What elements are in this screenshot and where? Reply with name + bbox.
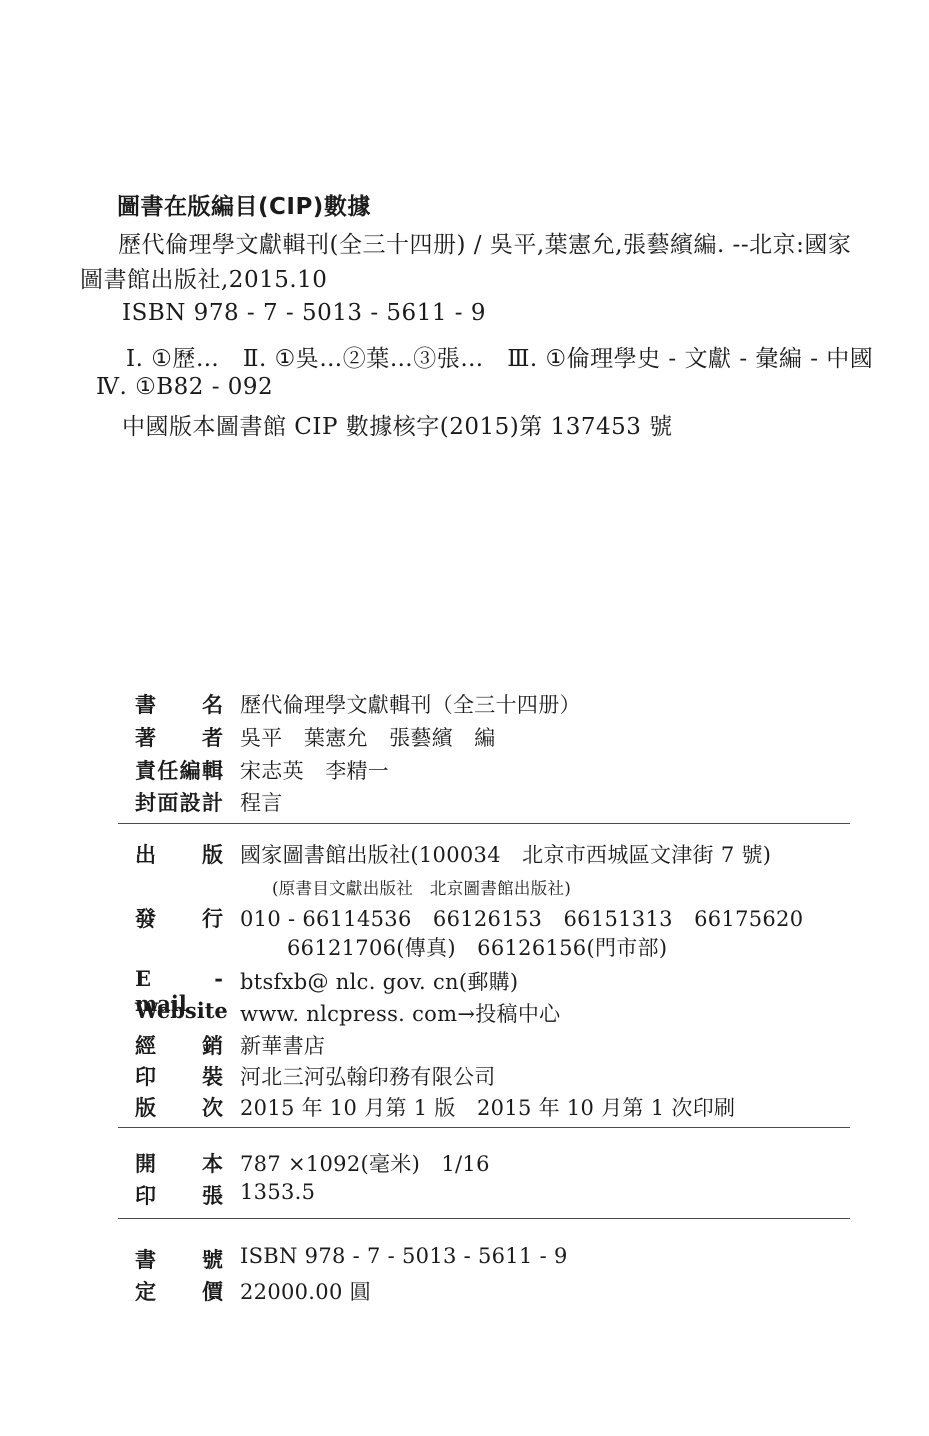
format-value: 787 ×1092(毫米) 1/16 bbox=[240, 1148, 490, 1178]
sheets-label: 印張 bbox=[135, 1180, 223, 1210]
cip-isbn: ISBN 978 - 7 - 5013 - 5611 - 9 bbox=[122, 300, 486, 326]
distribution-label: 發行 bbox=[135, 903, 223, 933]
distribution-phones: 010 - 66114536 66126153 66151313 6617562… bbox=[240, 903, 803, 933]
cip-heading: 圖書在版編目(CIP)數據 bbox=[117, 188, 371, 221]
price-value: 22000.00 圓 bbox=[240, 1276, 371, 1306]
sales-label: 經銷 bbox=[135, 1030, 223, 1060]
title-value: 歷代倫理學文獻輯刊（全三十四册） bbox=[240, 689, 581, 719]
divider-1 bbox=[118, 823, 850, 824]
email-value: btsfxb@ nlc. gov. cn(郵購) bbox=[240, 966, 518, 996]
title-label: 書名 bbox=[135, 689, 223, 719]
publisher-label: 出版 bbox=[135, 839, 223, 869]
book-copyright-page: 圖書在版編目(CIP)數據 歷代倫理學文獻輯刊(全三十四册) / 吳平,葉憲允,… bbox=[0, 0, 929, 1436]
printing-label: 印裝 bbox=[135, 1061, 223, 1091]
cover-design-value: 程言 bbox=[240, 787, 283, 817]
cover-design-label: 封面設計 bbox=[135, 787, 223, 817]
publisher-former-names: (原書目文獻出版社 北京圖書館出版社) bbox=[272, 875, 571, 899]
cip-entry: 歷代倫理學文獻輯刊(全三十四册) / 吳平,葉憲允,張藝繽編. --北京:國家 … bbox=[80, 228, 855, 298]
publisher-value: 國家圖書館出版社(100034 北京市西城區文津街 7 號) bbox=[240, 839, 771, 869]
sales-value: 新華書店 bbox=[240, 1030, 325, 1060]
sheets-value: 1353.5 bbox=[240, 1180, 315, 1204]
cip-classification-line1: Ⅰ. ①歷… Ⅱ. ①吳…②葉…③張… Ⅲ. ①倫理學史 - 文獻 - 彙編 -… bbox=[126, 340, 873, 373]
isbn-value: ISBN 978 - 7 - 5013 - 5611 - 9 bbox=[240, 1244, 568, 1268]
cip-entry-line2: 圖書館出版社,2015.10 bbox=[80, 263, 327, 298]
website-label: Website bbox=[135, 998, 223, 1023]
divider-3 bbox=[118, 1218, 850, 1219]
edition-value: 2015 年 10 月第 1 版 2015 年 10 月第 1 次印刷 bbox=[240, 1092, 735, 1122]
divider-2 bbox=[118, 1127, 850, 1128]
authors-value: 吳平 葉憲允 張藝繽 編 bbox=[240, 722, 496, 752]
printing-value: 河北三河弘翰印務有限公司 bbox=[240, 1061, 496, 1091]
authors-label: 著者 bbox=[135, 722, 223, 752]
format-label: 開本 bbox=[135, 1148, 223, 1178]
cip-entry-line1: 歷代倫理學文獻輯刊(全三十四册) / 吳平,葉憲允,張藝繽編. --北京:國家 bbox=[118, 232, 851, 258]
distribution-phones-line2: 66121706(傳真) 66126156(門市部) bbox=[287, 932, 667, 962]
edition-label: 版次 bbox=[135, 1092, 223, 1122]
price-label: 定價 bbox=[135, 1276, 223, 1306]
responsible-editor-value: 宋志英 李精一 bbox=[240, 755, 389, 785]
isbn-label: 書號 bbox=[135, 1244, 223, 1274]
cip-classification-line2: Ⅳ. ①B82 - 092 bbox=[96, 374, 273, 400]
website-value: www. nlcpress. com→投稿中心 bbox=[240, 998, 560, 1028]
cip-record-number: 中國版本圖書館 CIP 數據核字(2015)第 137453 號 bbox=[122, 408, 673, 441]
responsible-editor-label: 責任編輯 bbox=[135, 755, 223, 785]
